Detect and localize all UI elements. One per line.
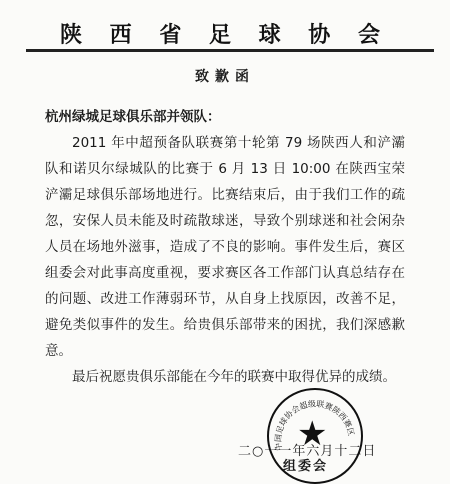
salutation: 杭州绿城足球俱乐部并领队： xyxy=(45,104,405,130)
closing-line: 最后祝愿贵俱乐部能在今年的联赛中取得优异的成绩。 xyxy=(45,364,405,390)
seal-bottom-text: 组委会 xyxy=(283,455,328,474)
body-paragraph: 2011 年中超预备队联赛第十轮第 79 场陕西人和浐灞队和诺贝尔绿城队的比赛于… xyxy=(45,130,405,364)
letterhead-organization: 陕 西 省 足 球 协 会 xyxy=(0,18,450,49)
letter-body: 杭州绿城足球俱乐部并领队： 2011 年中超预备队联赛第十轮第 79 场陕西人和… xyxy=(45,104,405,390)
letterhead-divider xyxy=(26,49,434,52)
document-title: 致歉函 xyxy=(0,66,450,86)
